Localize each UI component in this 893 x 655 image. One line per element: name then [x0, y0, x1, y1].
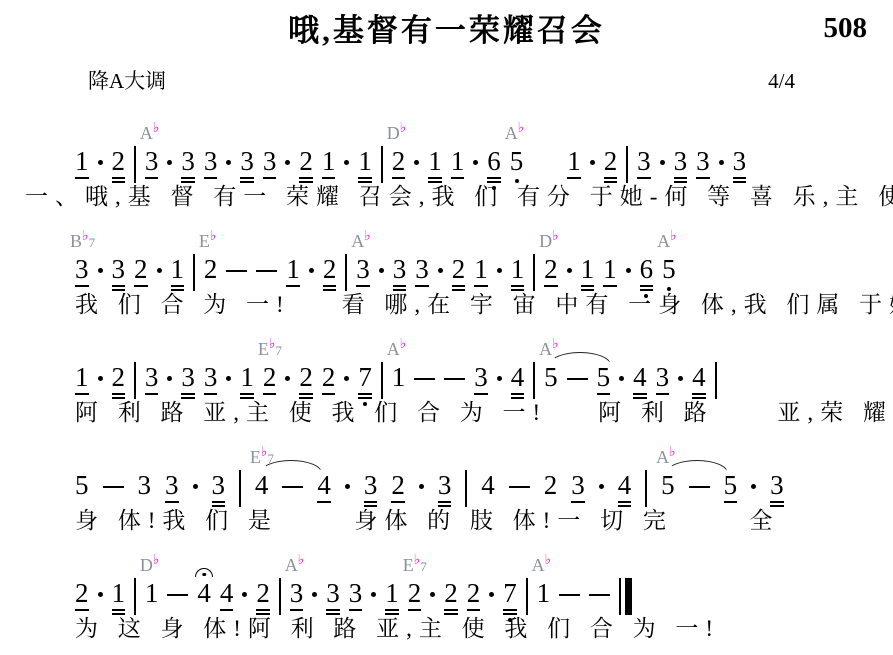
underline: [408, 609, 422, 611]
note-underlines: [112, 393, 126, 400]
key-signature: 降A大调: [88, 65, 166, 95]
note: A♭3: [356, 256, 370, 283]
note-underlines: [263, 177, 277, 181]
note: 1: [603, 256, 617, 283]
dash-extension: [509, 486, 530, 488]
flat-icon: ♭: [400, 120, 407, 136]
note: 1: [428, 148, 442, 175]
note: 1: [75, 148, 89, 175]
note: 1: [112, 580, 126, 607]
note-underlines: [204, 177, 218, 181]
chord-root: E: [258, 339, 269, 359]
note-underlines: [511, 285, 525, 292]
chord-root: D: [140, 555, 153, 575]
note-number: 3: [356, 256, 370, 283]
chord-symbol: E♭7: [403, 556, 427, 575]
octave-dot: [667, 287, 671, 291]
note: 2: [323, 256, 337, 283]
note-underlines: [487, 177, 501, 184]
note-underlines: [323, 285, 337, 292]
note-underlines: [75, 393, 89, 397]
note-number: 4: [255, 472, 269, 499]
barline: [193, 254, 195, 291]
note-underlines: [640, 285, 654, 292]
note-number: 2: [204, 256, 218, 283]
augmentation-dot: [599, 484, 604, 489]
chord-root: A: [505, 123, 518, 143]
note-number: 2: [112, 364, 126, 391]
note-number: 3: [656, 364, 670, 391]
note: E♭72: [263, 364, 277, 391]
note: 1: [385, 580, 399, 607]
dash-extension: [167, 594, 188, 596]
chord-symbol: A♭: [285, 556, 305, 575]
note-underlines: [392, 177, 406, 181]
chord-symbol: A♭: [532, 556, 552, 575]
note-underlines: [567, 177, 581, 181]
note-number: 1: [75, 148, 89, 175]
note-number: 2: [392, 148, 406, 175]
chord-seventh: 7: [89, 235, 96, 250]
note: 4: [220, 580, 234, 607]
note: 5: [75, 472, 89, 499]
chord-root: A: [285, 555, 298, 575]
note-underlines: [356, 285, 370, 289]
underline: [256, 613, 270, 615]
note-number: 1: [171, 256, 185, 283]
underline: [112, 289, 126, 291]
note-number: 3: [145, 364, 159, 391]
note-number: 2: [134, 256, 148, 283]
note-number: 7: [503, 580, 517, 607]
underline: [438, 505, 452, 507]
note-number: 7: [358, 364, 372, 391]
note: 3: [696, 148, 710, 175]
note: 3: [474, 364, 488, 391]
note-underlines: [633, 393, 647, 400]
note-number: 3: [696, 148, 710, 175]
chord-symbol: A♭: [387, 340, 407, 359]
underline: [603, 285, 617, 287]
underline: [770, 505, 784, 507]
underline: [385, 609, 399, 611]
final-barline: [619, 578, 631, 615]
note: 3: [326, 580, 340, 607]
note-number: 1: [286, 256, 300, 283]
barline: [533, 362, 535, 399]
note-number: 1: [112, 580, 126, 607]
underline: [326, 613, 340, 615]
underline: [145, 177, 159, 179]
augmentation-dot: [285, 376, 290, 381]
note-underlines: [290, 609, 304, 613]
music-line-5: 21D♭1442A♭3331E♭72227A♭1: [0, 543, 893, 607]
note-underlines: [212, 501, 226, 508]
note-underlines: [326, 609, 340, 616]
note: 2: [544, 472, 558, 499]
note: 3: [349, 580, 363, 607]
underline: [604, 181, 618, 183]
barline: [381, 146, 383, 183]
note: 1: [240, 364, 254, 391]
underline: [112, 177, 126, 179]
underline: [511, 285, 525, 287]
note-number: 3: [145, 148, 159, 175]
underline: [240, 181, 254, 183]
augmentation-dot: [157, 268, 162, 273]
underline: [112, 285, 126, 287]
flat-icon: ♭: [153, 120, 160, 136]
note: 7: [503, 580, 517, 607]
note-underlines: [165, 501, 179, 505]
note-number: 4: [633, 364, 647, 391]
octave-dot: [492, 186, 496, 190]
note-number: 6: [640, 256, 654, 283]
underline: [581, 285, 595, 287]
augmentation-dot: [438, 268, 443, 273]
augmentation-dot: [309, 268, 314, 273]
note: D♭1: [145, 580, 159, 607]
note-underlines: [112, 285, 126, 292]
barline: [134, 146, 136, 183]
underline: [511, 393, 525, 395]
note-number: 2: [544, 472, 558, 499]
dash-extension: [256, 270, 277, 272]
note-number: 4: [481, 472, 495, 499]
music-line-3: 123331E♭72227A♭134A♭55434: [0, 327, 893, 391]
underline: [724, 501, 738, 503]
note: 3: [674, 148, 688, 175]
underline: [438, 501, 452, 503]
note-number: 1: [581, 256, 595, 283]
augmentation-dot: [489, 592, 494, 597]
underline: [733, 177, 747, 179]
note: A♭5: [661, 472, 675, 499]
note-number: 3: [349, 580, 363, 607]
note-number: 1: [474, 256, 488, 283]
note-number: 3: [438, 472, 452, 499]
augmentation-dot: [497, 268, 502, 273]
underline: [171, 285, 185, 287]
underline: [581, 289, 595, 291]
flat-icon: ♭: [364, 228, 371, 244]
underline: [511, 289, 525, 291]
note-underlines: [112, 609, 126, 616]
note-number: 2: [299, 148, 313, 175]
note-underlines: [181, 393, 195, 400]
note: A♭1: [537, 580, 551, 607]
chord-root: A: [140, 123, 153, 143]
note: A♭5: [662, 256, 676, 283]
meta-row: 降A大调 4/4: [0, 49, 893, 95]
underline: [640, 289, 654, 291]
underline: [240, 397, 254, 399]
note-number: 6: [487, 148, 501, 175]
note: 3: [145, 364, 159, 391]
note-number: 4: [618, 472, 632, 499]
underline: [212, 501, 226, 503]
note: 2: [299, 364, 313, 391]
underline: [393, 285, 407, 287]
note: 2: [322, 364, 336, 391]
underline: [467, 609, 481, 611]
augmentation-dot: [414, 160, 419, 165]
chord-symbol: A♭: [505, 124, 525, 143]
augmentation-dot: [344, 160, 349, 165]
note: D♭2: [392, 148, 406, 175]
note-number: 3: [165, 472, 179, 499]
underline: [256, 609, 270, 611]
flat-icon: ♭: [545, 552, 552, 568]
note: 3: [138, 472, 152, 499]
note-underlines: [692, 393, 706, 400]
note-number: 3: [415, 256, 429, 283]
note-underlines: [358, 177, 372, 184]
note-underlines: [220, 609, 234, 613]
note-underlines: [503, 609, 517, 616]
note-underlines: [733, 177, 747, 184]
note-number: 1: [392, 364, 406, 391]
underline: [444, 613, 458, 615]
underline: [604, 177, 618, 179]
note-underlines: [349, 609, 363, 613]
note-number: 2: [391, 472, 405, 499]
note-underlines: [603, 285, 617, 289]
octave-dot: [363, 402, 367, 406]
note: 4: [197, 580, 211, 607]
note: 3: [637, 148, 651, 175]
augmentation-dot: [226, 376, 231, 381]
barline: [526, 578, 528, 615]
flat-icon: ♭: [298, 552, 305, 568]
note: 3: [393, 256, 407, 283]
spacer: [0, 95, 893, 109]
underline: [733, 181, 747, 183]
note-number: 3: [112, 256, 126, 283]
note-underlines: [618, 501, 632, 508]
note-number: 2: [112, 148, 126, 175]
note: 3: [571, 472, 585, 499]
note-underlines: [145, 393, 159, 397]
underline: [240, 393, 254, 395]
note-underlines: [444, 609, 458, 616]
note-number: 1: [240, 364, 254, 391]
note-underlines: [571, 501, 585, 505]
underline: [204, 393, 218, 395]
flat-icon: ♭: [518, 120, 525, 136]
underline: [112, 397, 126, 399]
underline: [364, 501, 378, 503]
chord-root: A: [532, 555, 545, 575]
underline: [444, 609, 458, 611]
note-underlines: [604, 177, 618, 184]
chord-root: A: [351, 231, 364, 251]
note-underlines: [385, 609, 399, 616]
note-number: 3: [263, 148, 277, 175]
note-underlines: [358, 393, 372, 400]
chord-root: B: [70, 231, 82, 251]
note-number: 1: [537, 580, 551, 607]
note-underlines: [263, 393, 277, 397]
underline: [112, 613, 126, 615]
note-underlines: [393, 285, 407, 292]
note-number: 3: [75, 256, 89, 283]
chord-symbol: A♭: [140, 124, 160, 143]
fermata-icon: [195, 568, 213, 577]
underline: [349, 609, 363, 611]
note-number: 5: [544, 364, 558, 391]
chord-symbol: D♭: [387, 124, 407, 143]
note-underlines: [112, 177, 126, 184]
underline: [212, 505, 226, 507]
underline: [299, 177, 313, 179]
final-bar-thick-line: [625, 578, 632, 615]
note: 3: [112, 256, 126, 283]
underline: [618, 501, 632, 503]
note-underlines: [724, 501, 738, 505]
note-number: 3: [138, 472, 152, 499]
note: 3: [263, 148, 277, 175]
note-underlines: [770, 501, 784, 508]
underline: [323, 285, 337, 287]
note-underlines: [438, 501, 452, 508]
augmentation-dot: [590, 160, 595, 165]
note: A♭5: [510, 148, 524, 175]
note: A♭3: [290, 580, 304, 607]
underline: [326, 609, 340, 611]
note: 4: [618, 472, 632, 499]
note: 2: [444, 580, 458, 607]
note: 2: [75, 580, 89, 607]
barline: [345, 254, 347, 291]
note-underlines: [415, 285, 429, 289]
note: 3: [438, 472, 452, 499]
underline: [75, 177, 89, 179]
chord-symbol: E♭7: [250, 448, 274, 467]
note-number: 3: [364, 472, 378, 499]
note-number: 4: [220, 580, 234, 607]
underline: [391, 501, 405, 503]
augmentation-dot: [567, 268, 572, 273]
note: 4: [633, 364, 647, 391]
chord-root: A: [387, 339, 400, 359]
note: A♭3: [145, 148, 159, 175]
underline: [415, 285, 429, 287]
chord-root: A: [539, 339, 552, 359]
underline: [567, 177, 581, 179]
note-number: 3: [770, 472, 784, 499]
note: 1: [567, 148, 581, 175]
note-underlines: [322, 177, 336, 181]
gap: [532, 174, 558, 175]
note-number: 1: [567, 148, 581, 175]
note-underlines: [451, 177, 465, 181]
chord-symbol: A♭: [657, 232, 677, 251]
underline: [75, 609, 89, 611]
note-underlines: [452, 285, 466, 292]
note: 3: [415, 256, 429, 283]
barline: [626, 146, 628, 183]
underline: [356, 285, 370, 287]
augmentation-dot: [167, 160, 172, 165]
hymn-sheet: 508 哦,基督有一荣耀召会 降A大调 4/4 12A♭33333211D♭21…: [0, 0, 893, 655]
augmentation-dot: [430, 592, 435, 597]
dash-extension: [103, 486, 124, 488]
note: 2: [256, 580, 270, 607]
underline: [134, 285, 148, 287]
underline: [358, 177, 372, 179]
underline: [290, 609, 304, 611]
underline: [637, 177, 651, 179]
underline: [317, 501, 331, 503]
note: E♭2: [204, 256, 218, 283]
note: 3: [733, 148, 747, 175]
note: 1: [511, 256, 525, 283]
underline: [181, 393, 195, 395]
note-number: 3: [181, 364, 195, 391]
note-underlines: [317, 501, 331, 505]
augmentation-dot: [98, 268, 103, 273]
flat-icon: ♭: [669, 444, 676, 460]
chord-root: E: [250, 447, 261, 467]
chord-root: D: [539, 231, 552, 251]
augmentation-dot: [285, 160, 290, 165]
note-number: 1: [322, 148, 336, 175]
underline: [633, 397, 647, 399]
note-underlines: [240, 177, 254, 184]
underline: [503, 609, 517, 611]
chord-root: E: [403, 555, 414, 575]
note-number: 4: [317, 472, 331, 499]
time-signature: 4/4: [768, 69, 795, 94]
flat-icon: ♭: [670, 228, 677, 244]
note-number: 4: [511, 364, 525, 391]
note-underlines: [256, 609, 270, 616]
note-number: 3: [181, 148, 195, 175]
note-underlines: [428, 177, 442, 184]
note-underlines: [637, 177, 651, 181]
augmentation-dot: [371, 592, 376, 597]
note-number: 3: [674, 148, 688, 175]
note-underlines: [511, 393, 525, 400]
augmentation-dot: [226, 160, 231, 165]
chord-symbol: B♭7: [70, 232, 95, 251]
note-number: 3: [212, 472, 226, 499]
dash-extension: [559, 594, 580, 596]
note: 2: [134, 256, 148, 283]
chord-symbol: E♭7: [258, 340, 282, 359]
underline: [112, 181, 126, 183]
note-underlines: [656, 393, 670, 397]
underline: [358, 397, 372, 399]
note: 3: [165, 472, 179, 499]
chord-root: D: [387, 123, 400, 143]
underline: [165, 501, 179, 503]
note-number: 2: [544, 256, 558, 283]
underline: [299, 181, 313, 183]
underline: [511, 397, 525, 399]
note-underlines: [204, 393, 218, 397]
note-number: 4: [692, 364, 706, 391]
dash-extension: [282, 486, 303, 488]
augmentation-dot: [345, 484, 350, 489]
chord-root: A: [657, 231, 670, 251]
note: E♭72: [408, 580, 422, 607]
note-number: 2: [75, 580, 89, 607]
underline: [393, 289, 407, 291]
underline: [474, 393, 488, 395]
chord-seventh: 7: [268, 451, 275, 466]
